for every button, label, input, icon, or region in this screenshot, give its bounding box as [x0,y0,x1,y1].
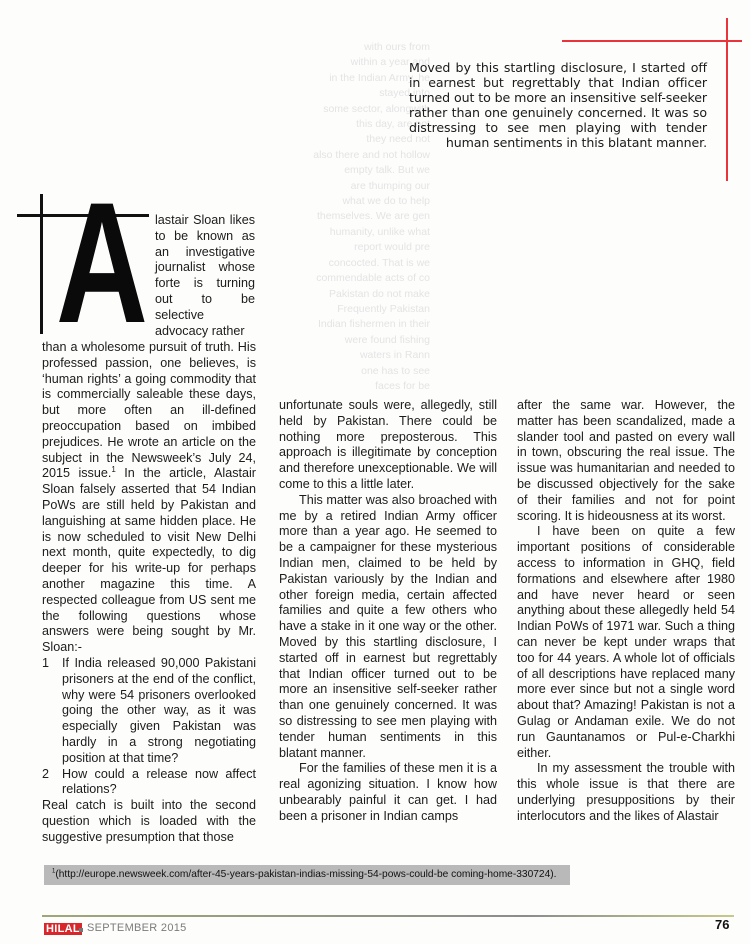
paragraph: I have been on quite a few important pos… [517,524,735,761]
page-number: 76 [715,917,729,932]
paragraph-text: In the article, Alastair Sloan falsely a… [42,466,256,654]
drop-cap-vertical-rule [40,194,43,334]
list-item-text: If India released 90,000 Pakistani priso… [62,656,256,767]
footer-rule [42,915,734,917]
list-item-text: How could a release now affect relations… [62,767,256,799]
paragraph: For the families of these men it is a re… [279,761,497,824]
list-item: 1 If India released 90,000 Pakistani pri… [42,656,256,767]
questions-list: 1 If India released 90,000 Pakistani pri… [42,656,256,798]
article-column-2: unfortunate souls were, allegedly, still… [279,398,497,825]
paragraph: Real catch is built into the second ques… [42,798,256,845]
article-column-1: than a wholesome pursuit of truth. His p… [42,340,256,846]
paragraph: than a wholesome pursuit of truth. His p… [42,340,256,656]
issue-date: SEPTEMBER 2015 [87,922,187,934]
list-number: 2 [42,767,62,799]
paragraph: In my assessment the trouble with this w… [517,761,735,824]
list-number: 1 [42,656,62,767]
paragraph: after the same war. However, the matter … [517,398,735,524]
footnote: 1(http://europe.newsweek.com/after-45-ye… [44,865,570,885]
pull-quote: Moved by this startling disclosure, I st… [409,61,707,150]
list-item: 2 How could a release now affect relatio… [42,767,256,799]
paragraph: This matter was also broached with me by… [279,493,497,762]
pull-quote-horizontal-rule [562,40,742,42]
article-opening-text: lastair Sloan likes to be known as an in… [155,213,255,339]
paragraph-text: than a wholesome pursuit of truth. His p… [42,340,256,480]
bullet-separator-icon [79,928,83,932]
footnote-link[interactable]: (http://europe.newsweek.com/after-45-yea… [55,869,556,880]
magazine-logo: HILAL [44,923,82,935]
opening-paragraph: lastair Sloan likes to be known as an in… [155,213,255,339]
article-column-3: after the same war. However, the matter … [517,398,735,825]
pull-quote-vertical-rule [726,18,728,181]
drop-cap: A [56,200,124,326]
paragraph: unfortunate souls were, allegedly, still… [279,398,497,493]
